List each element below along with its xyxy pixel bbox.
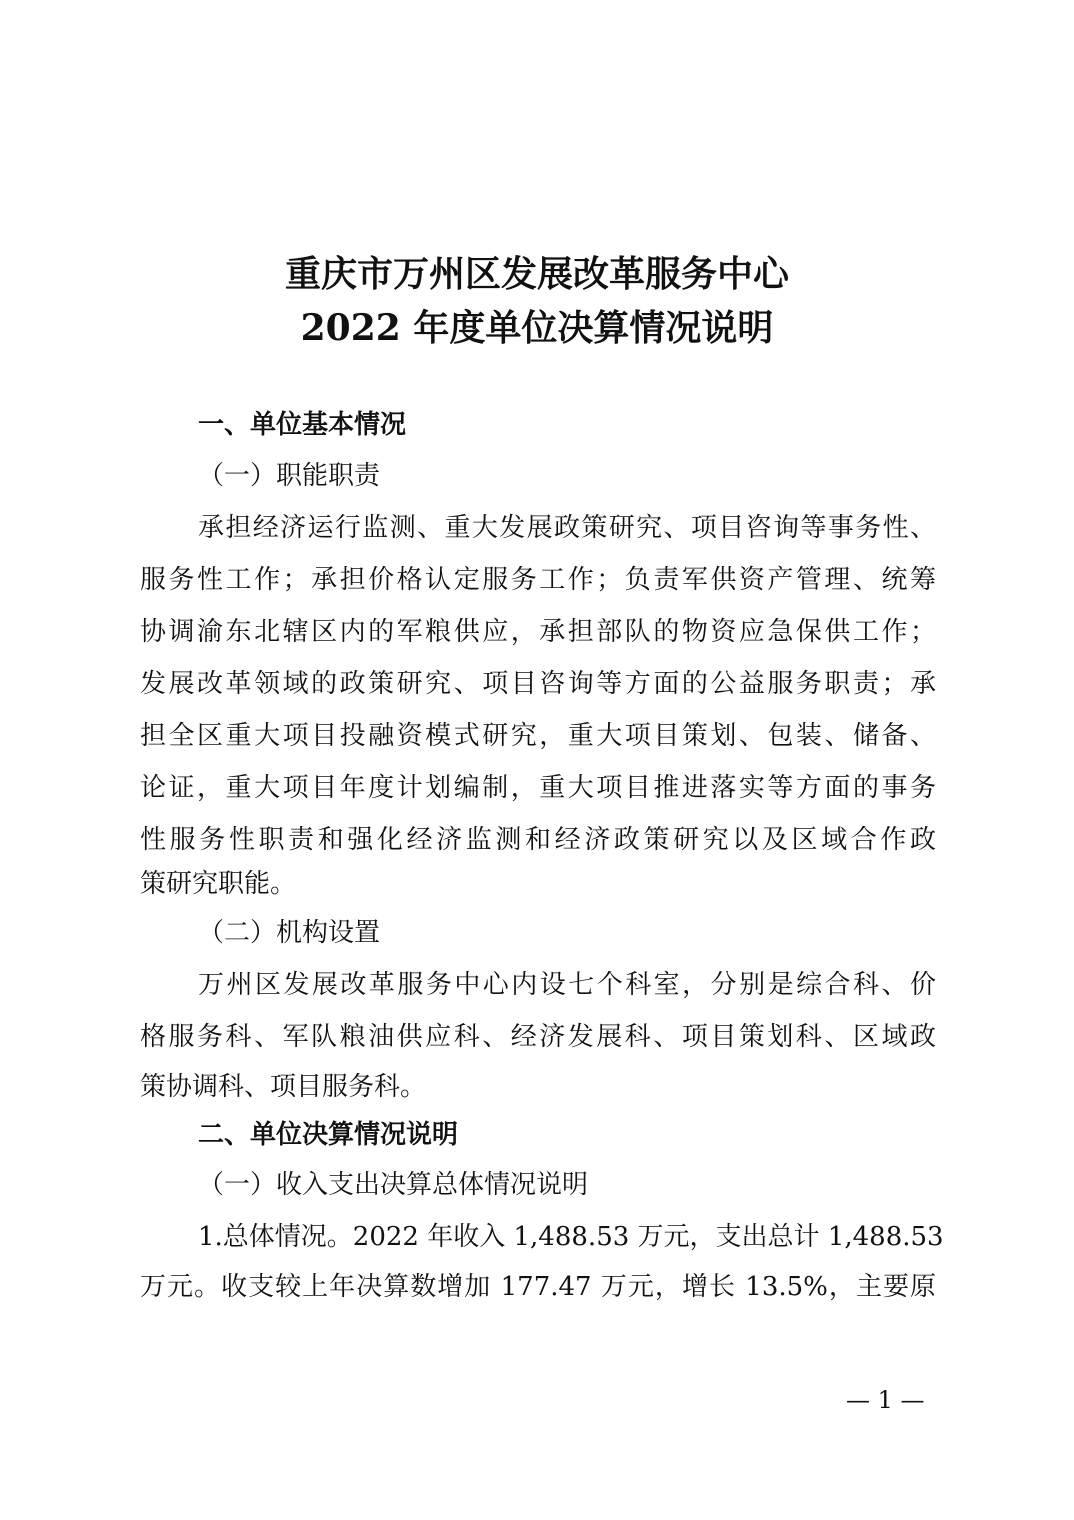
paragraph-line: 策研究职能。: [140, 863, 936, 900]
paragraph-line: 承担经济运行监测、重大发展政策研究、项目咨询等事务性、: [198, 507, 936, 544]
page-number: — 1 —: [846, 1386, 925, 1414]
paragraph-line: 万元。收支较上年决算数增加 177.47 万元，增长 13.5%，主要原: [140, 1266, 936, 1303]
paragraph-line: 发展改革领域的政策研究、项目咨询等方面的公益服务职责；承: [140, 663, 936, 700]
section-heading-final-accounts: 二、单位决算情况说明: [198, 1114, 458, 1151]
document-page: 重庆市万州区发展改革服务中心 2022 年度单位决算情况说明 一、单位基本情况 …: [0, 0, 1074, 1520]
subsection-heading-organization: （二）机构设置: [198, 912, 380, 949]
paragraph-line: 服务性工作；承担价格认定服务工作；负责军供资产管理、统筹: [140, 559, 936, 596]
paragraph-line: 策协调科、项目服务科。: [140, 1066, 936, 1103]
document-title-line2: 2022 年度单位决算情况说明: [0, 300, 1074, 351]
paragraph-line: 1.总体情况。2022 年收入 1,488.53 万元，支出总计 1,488.5…: [198, 1216, 936, 1253]
paragraph-line: 格服务科、军队粮油供应科、经济发展科、项目策划科、区域政: [140, 1016, 936, 1053]
paragraph-line: 论证，重大项目年度计划编制，重大项目推进落实等方面的事务: [140, 767, 936, 804]
document-title-line1: 重庆市万州区发展改革服务中心: [0, 246, 1074, 297]
subsection-heading-functions: （一）职能职责: [198, 455, 380, 492]
paragraph-line: 性服务性职责和强化经济监测和经济政策研究以及区域合作政: [140, 819, 936, 856]
paragraph-line: 万州区发展改革服务中心内设七个科室，分别是综合科、价: [198, 964, 936, 1001]
section-heading-basic-info: 一、单位基本情况: [198, 404, 406, 441]
subsection-heading-income-expenditure: （一）收入支出决算总体情况说明: [198, 1164, 588, 1201]
paragraph-line: 协调渝东北辖区内的军粮供应，承担部队的物资应急保供工作；: [140, 611, 936, 648]
paragraph-line: 担全区重大项目投融资模式研究，重大项目策划、包装、储备、: [140, 715, 936, 752]
